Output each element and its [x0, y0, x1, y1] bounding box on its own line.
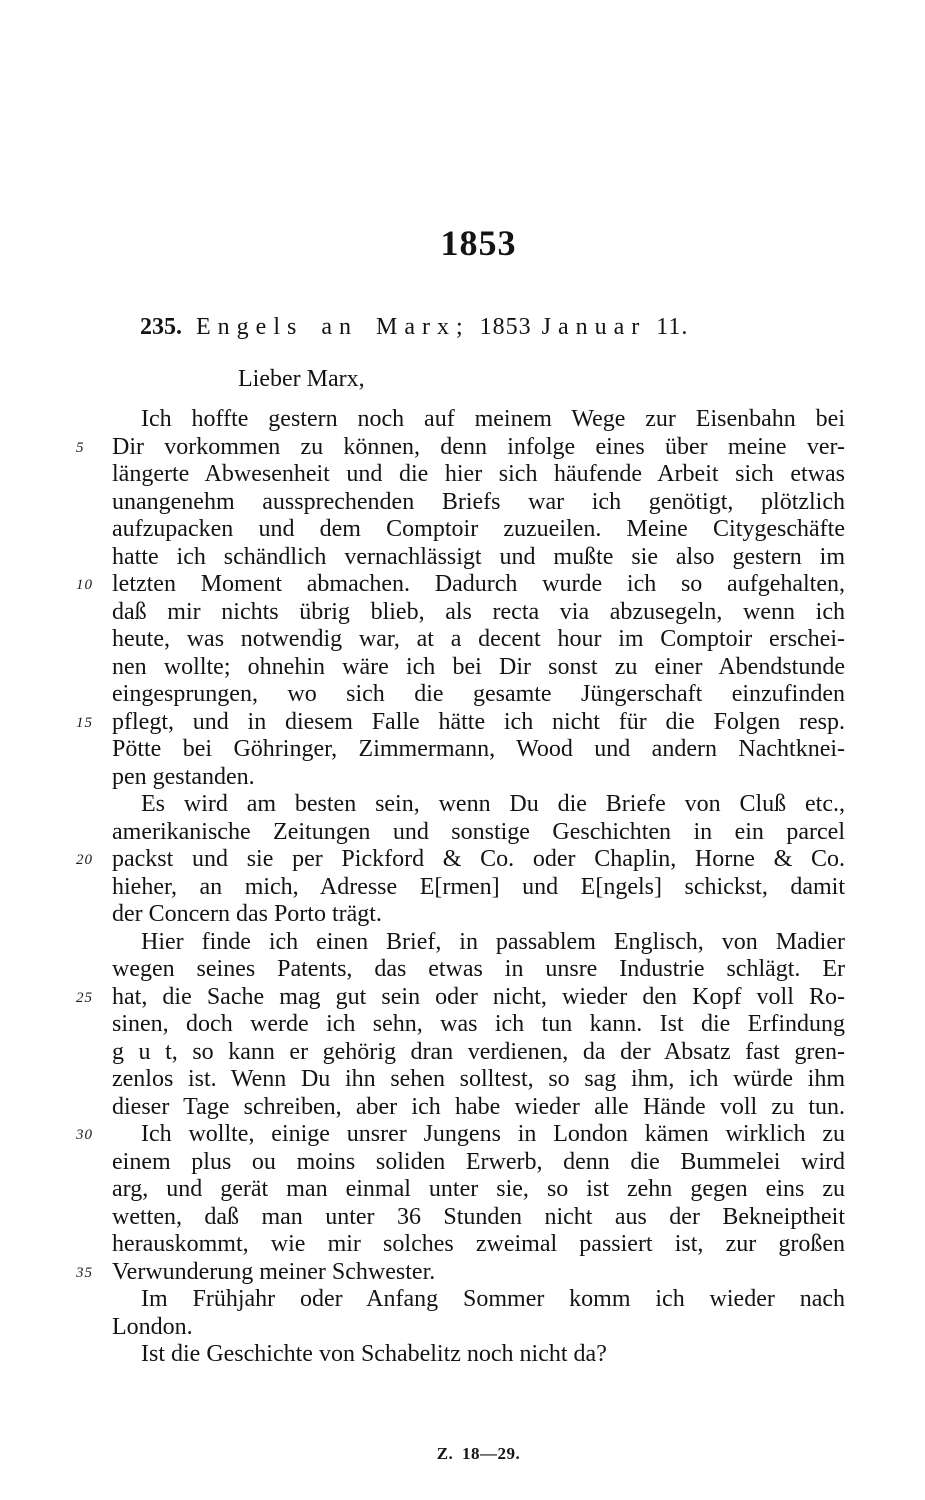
- line-text: hatte ich schändlich vernachlässigt und …: [112, 544, 845, 570]
- line-text: dieser Tage schreiben, aber ich habe wie…: [112, 1094, 845, 1120]
- text-line: zenlos ist. Wenn Du ihn sehen solltest, …: [112, 1066, 845, 1094]
- letter-day: 11.: [656, 314, 688, 340]
- text-line: 5Dir vorkommen zu können, denn infolge e…: [112, 434, 845, 462]
- line-text: Dir vorkommen zu können, denn infolge ei…: [112, 434, 845, 460]
- text-line: wetten, daß man unter 36 Stunden nicht a…: [112, 1204, 845, 1232]
- text-line: Hier finde ich einen Brief, in passablem…: [112, 929, 845, 957]
- book-page: 1853 235. Engels an Marx; 1853 Januar 11…: [0, 0, 925, 1500]
- text-line: daß mir nichts übrig blieb, als recta vi…: [112, 599, 845, 627]
- text-line: pen gestanden.: [112, 764, 845, 792]
- letter-correspondents: Engels an Marx;: [196, 314, 470, 340]
- text-line: 15pflegt, und in diesem Falle hätte ich …: [112, 709, 845, 737]
- letter-body: Ich hoffte gestern noch auf meinem Wege …: [112, 406, 845, 1369]
- line-text: Pötte bei Göhringer, Zimmermann, Wood un…: [112, 736, 845, 762]
- line-number: 5: [76, 441, 106, 456]
- letter-month: Januar: [542, 314, 647, 340]
- line-text: hat, die Sache mag gut sein oder nicht, …: [112, 984, 845, 1010]
- line-number: 10: [76, 578, 106, 593]
- line-text: der Concern das Porto trägt.: [112, 901, 382, 927]
- line-text: wegen seines Patents, das etwas in unsre…: [112, 956, 845, 982]
- letter-year: 1853: [480, 314, 532, 340]
- text-line: 25hat, die Sache mag gut sein oder nicht…: [112, 984, 845, 1012]
- text-line: g u t, so kann er gehörig dran verdienen…: [112, 1039, 845, 1067]
- line-number: 25: [76, 991, 106, 1006]
- text-line: wegen seines Patents, das etwas in unsre…: [112, 956, 845, 984]
- line-text: packst und sie per Pickford & Co. oder C…: [112, 846, 845, 872]
- text-line: herauskommt, wie mir solches zweimal pas…: [112, 1231, 845, 1259]
- line-text: sinen, doch werde ich sehn, was ich tun …: [112, 1011, 845, 1037]
- text-line: dieser Tage schreiben, aber ich habe wie…: [112, 1094, 845, 1122]
- line-text: Im Frühjahr oder Anfang Sommer komm ich …: [141, 1286, 845, 1312]
- line-text: heute, was notwendig war, at a decent ho…: [112, 626, 845, 652]
- footer-note: Z. 18—29.: [112, 1444, 845, 1464]
- line-text: eingesprungen, wo sich die gesamte Jünge…: [112, 681, 845, 707]
- line-text: unangenehm aussprechenden Briefs war ich…: [112, 489, 845, 515]
- text-line: 10letzten Moment abmachen. Dadurch wurde…: [112, 571, 845, 599]
- line-text: letzten Moment abmachen. Dadurch wurde i…: [112, 571, 845, 597]
- line-text: herauskommt, wie mir solches zweimal pas…: [112, 1231, 845, 1257]
- line-text: wetten, daß man unter 36 Stunden nicht a…: [112, 1204, 845, 1230]
- text-line: längerte Abwesenheit und die hier sich h…: [112, 461, 845, 489]
- line-text: Ich hoffte gestern noch auf meinem Wege …: [141, 406, 845, 432]
- line-text: pflegt, und in diesem Falle hätte ich ni…: [112, 709, 845, 735]
- line-text: London.: [112, 1314, 193, 1340]
- line-text: hieher, an mich, Adresse E[rmen] und E[n…: [112, 874, 845, 900]
- text-line: arg, und gerät man einmal unter sie, so …: [112, 1176, 845, 1204]
- text-line: Ich hoffte gestern noch auf meinem Wege …: [112, 406, 845, 434]
- salutation: Lieber Marx,: [238, 366, 365, 394]
- text-line: hieher, an mich, Adresse E[rmen] und E[n…: [112, 874, 845, 902]
- text-line: Pötte bei Göhringer, Zimmermann, Wood un…: [112, 736, 845, 764]
- text-line: Es wird am besten sein, wenn Du die Brie…: [112, 791, 845, 819]
- text-line: hatte ich schändlich vernachlässigt und …: [112, 544, 845, 572]
- line-text: aufzupacken und dem Comptoir zuzueilen. …: [112, 516, 845, 542]
- text-line: aufzupacken und dem Comptoir zuzueilen. …: [112, 516, 845, 544]
- line-text: Es wird am besten sein, wenn Du die Brie…: [141, 791, 845, 817]
- line-text: g u t, so kann er gehörig dran verdienen…: [112, 1039, 845, 1065]
- line-text: Verwunderung meiner Schwester.: [112, 1259, 435, 1285]
- line-text: längerte Abwesenheit und die hier sich h…: [112, 461, 845, 487]
- text-line: 35Verwunderung meiner Schwester.: [112, 1259, 845, 1287]
- text-line: heute, was notwendig war, at a decent ho…: [112, 626, 845, 654]
- text-line: unangenehm aussprechenden Briefs war ich…: [112, 489, 845, 517]
- letter-number: 235.: [140, 314, 182, 340]
- line-text: arg, und gerät man einmal unter sie, so …: [112, 1176, 845, 1202]
- line-text: pen gestanden.: [112, 764, 255, 790]
- text-line: sinen, doch werde ich sehn, was ich tun …: [112, 1011, 845, 1039]
- line-text: daß mir nichts übrig blieb, als recta vi…: [112, 599, 845, 625]
- text-line: London.: [112, 1314, 845, 1342]
- line-text: nen wollte; ohnehin wäre ich bei Dir son…: [112, 654, 845, 680]
- text-line: einem plus ou moins soliden Erwerb, denn…: [112, 1149, 845, 1177]
- line-text: amerikanische Zeitungen und sonstige Ges…: [112, 819, 845, 845]
- line-number: 20: [76, 853, 106, 868]
- line-text: Hier finde ich einen Brief, in passablem…: [141, 929, 845, 955]
- text-line: Ist die Geschichte von Schabelitz noch n…: [112, 1341, 845, 1369]
- text-line: eingesprungen, wo sich die gesamte Jünge…: [112, 681, 845, 709]
- text-line: amerikanische Zeitungen und sonstige Ges…: [112, 819, 845, 847]
- text-line: 20packst und sie per Pickford & Co. oder…: [112, 846, 845, 874]
- text-line: der Concern das Porto trägt.: [112, 901, 845, 929]
- line-number: 35: [76, 1266, 106, 1281]
- line-text: Ist die Geschichte von Schabelitz noch n…: [141, 1341, 607, 1367]
- line-number: 15: [76, 716, 106, 731]
- text-line: nen wollte; ohnehin wäre ich bei Dir son…: [112, 654, 845, 682]
- line-text: zenlos ist. Wenn Du ihn sehen solltest, …: [112, 1066, 845, 1092]
- line-text: einem plus ou moins soliden Erwerb, denn…: [112, 1149, 845, 1175]
- line-number: 30: [76, 1128, 106, 1143]
- text-line: Im Frühjahr oder Anfang Sommer komm ich …: [112, 1286, 845, 1314]
- line-text: Ich wollte, einige unsrer Jungens in Lon…: [141, 1121, 845, 1147]
- page-title: 1853: [112, 224, 845, 262]
- letter-heading: 235. Engels an Marx; 1853 Januar 11.: [140, 312, 845, 342]
- text-line: 30Ich wollte, einige unsrer Jungens in L…: [112, 1121, 845, 1149]
